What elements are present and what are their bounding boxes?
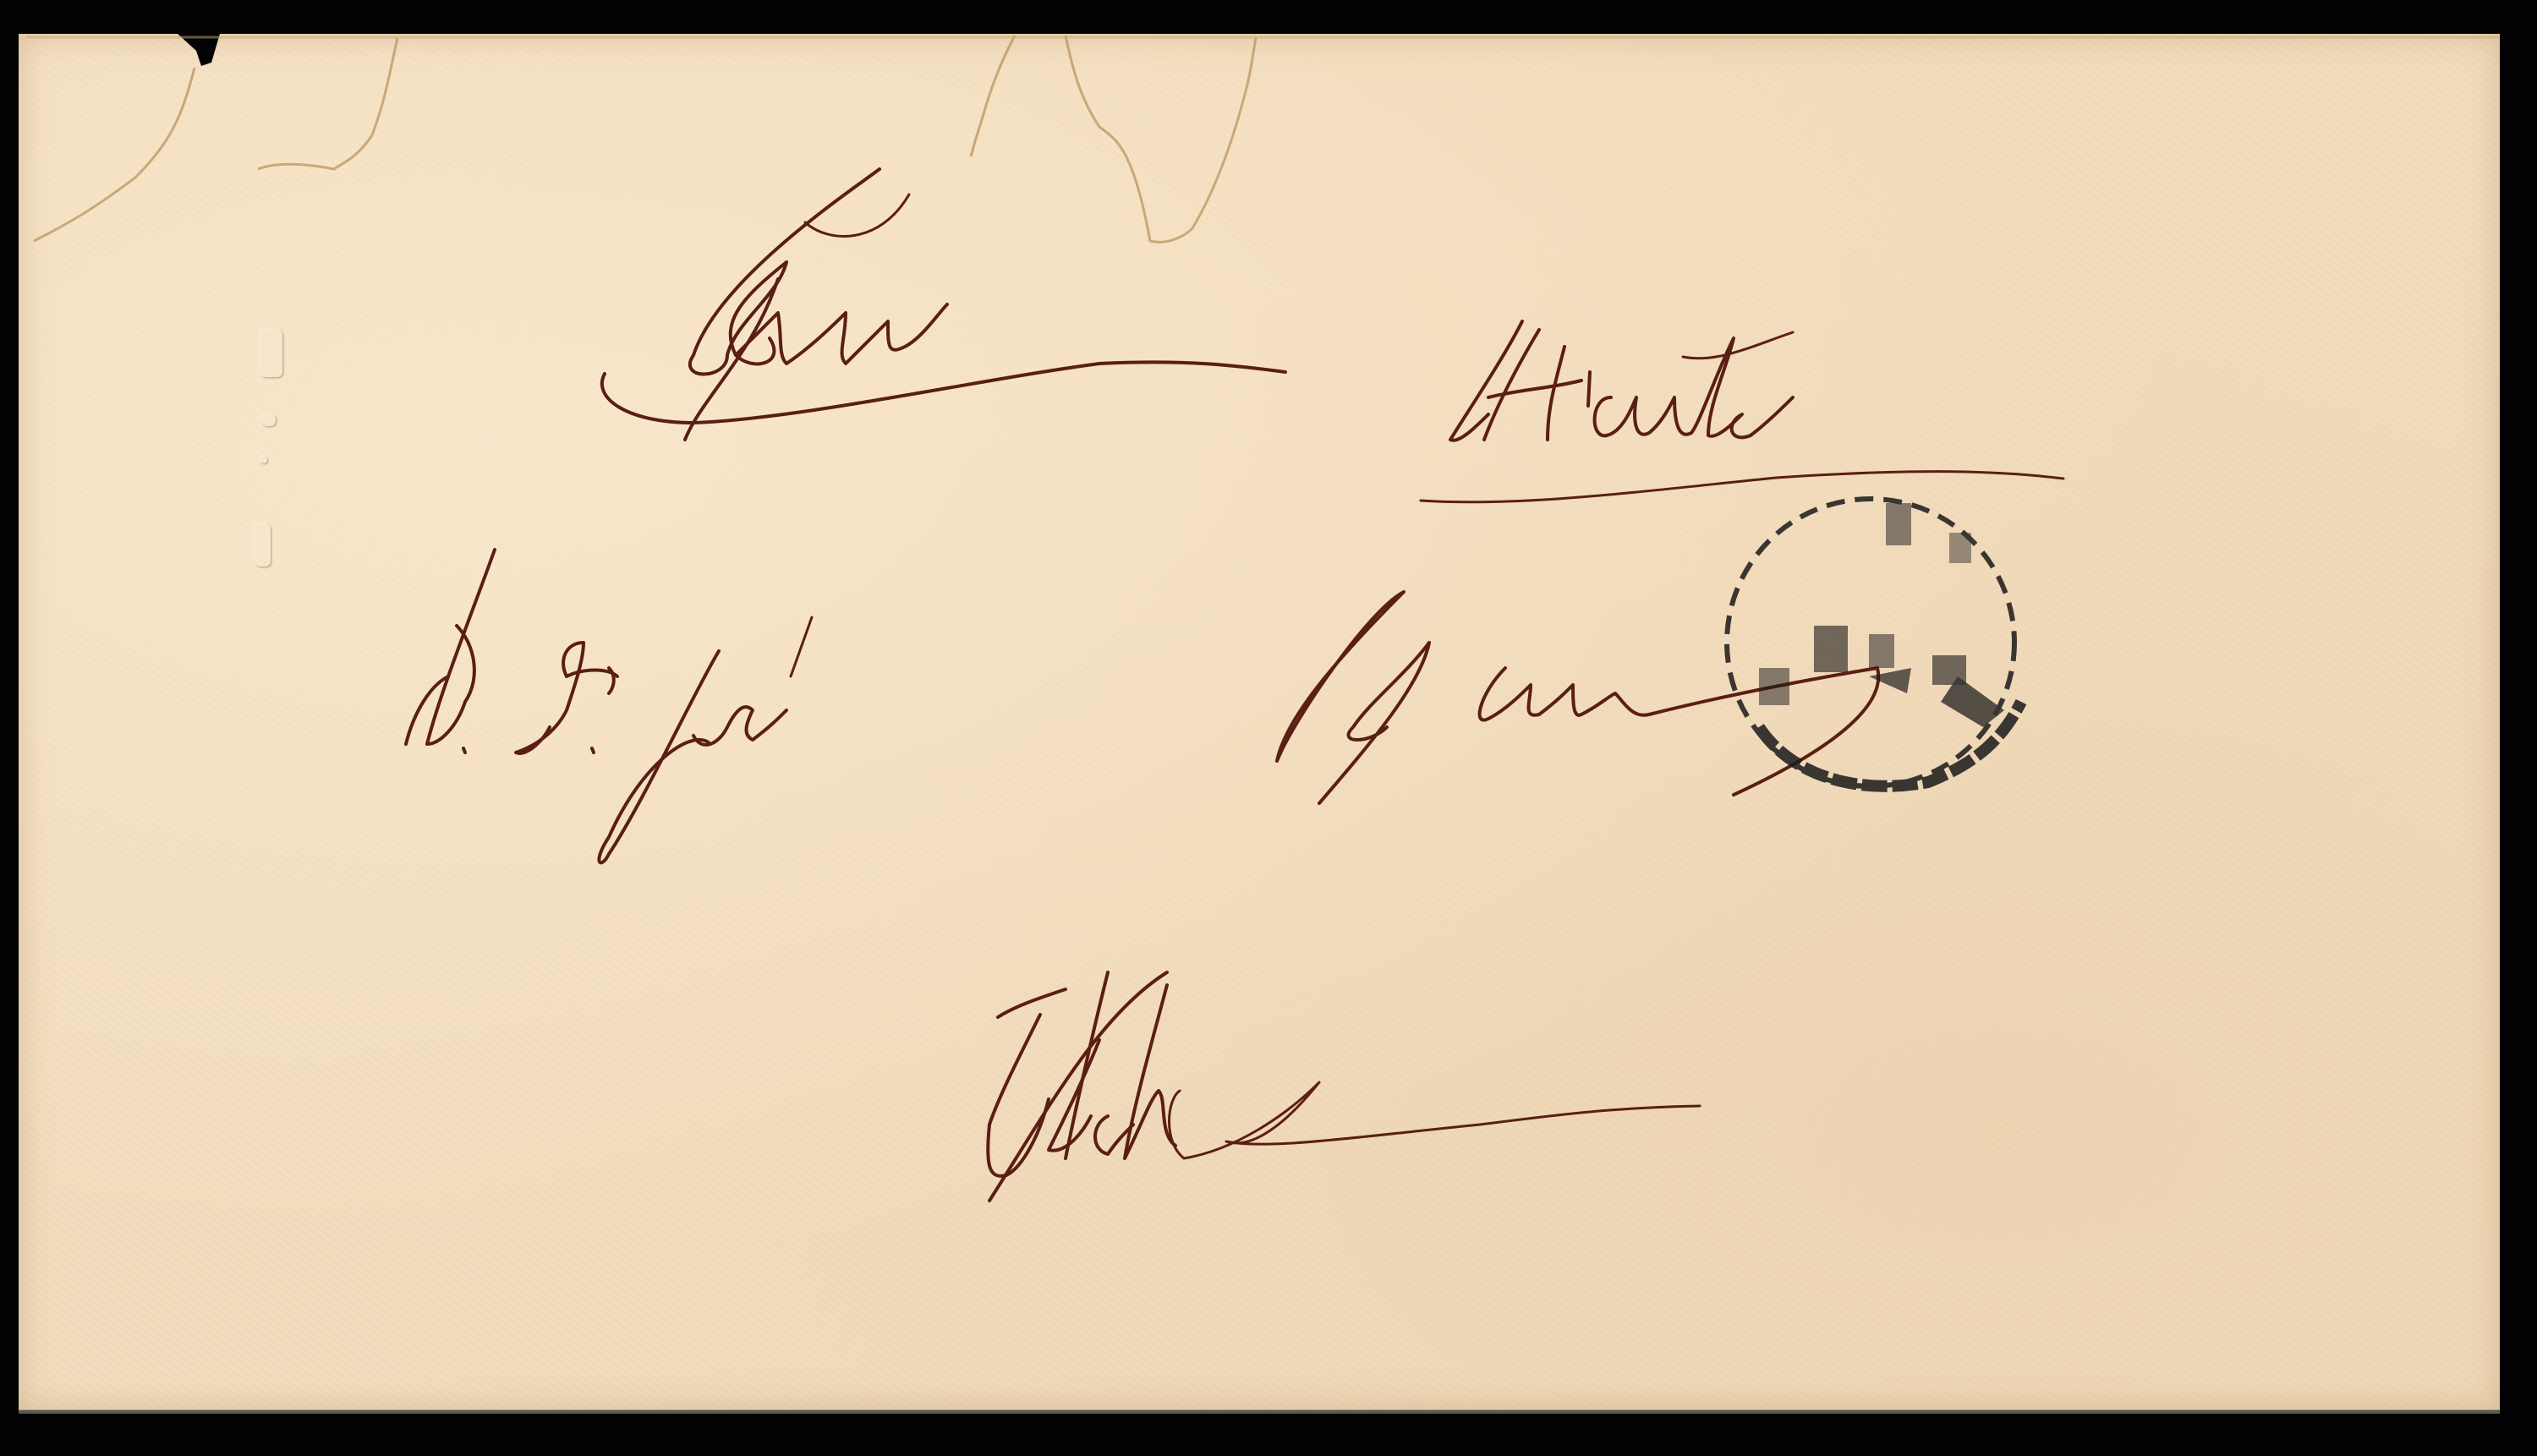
- postmark-text: illegible: [1810, 626, 1878, 646]
- handwriting-province: [1421, 321, 2063, 502]
- handwriting-addressee: [406, 550, 1878, 862]
- handwriting-country: [602, 169, 1285, 440]
- torn-flap-edges: [34, 36, 1256, 242]
- envelope-artwork: [0, 0, 2537, 1456]
- photo-stage: España Alicante Sr. Dn. José Ramos Elche…: [0, 0, 2537, 1456]
- embossed-mark: [245, 330, 296, 583]
- handwriting-city: [988, 972, 1700, 1201]
- tear-notch: [178, 34, 220, 66]
